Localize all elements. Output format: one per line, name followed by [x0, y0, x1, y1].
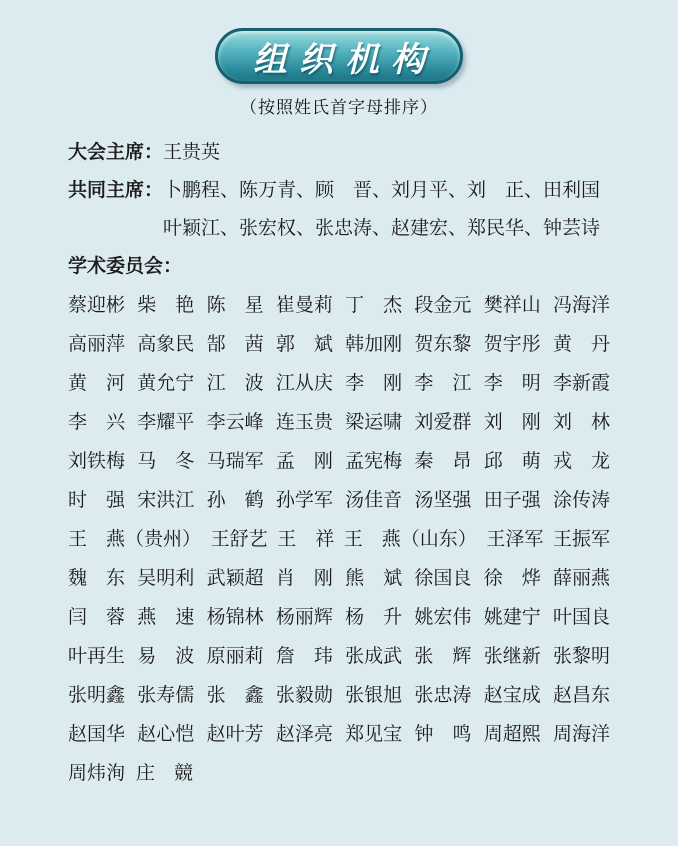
committee-member: 薛丽燕 [553, 568, 610, 590]
committee-member: 孟 刚 [276, 451, 333, 473]
committee-row: 周炜洵庄 競 [68, 763, 610, 785]
committee-member: 庄 競 [136, 763, 193, 785]
committee-member: 张寿儒 [137, 685, 194, 707]
conference-chair-label: 大会主席： [68, 141, 163, 164]
committee-member: 张毅勋 [276, 685, 333, 707]
committee-member: 马 冬 [137, 451, 194, 473]
committee-member: 刘 林 [553, 412, 610, 434]
committee-member: 燕 速 [137, 607, 194, 629]
organization-page: 组织机构 （按照姓氏首字母排序） 大会主席： 王贵英 共同主席： 卜鹏程、陈万青… [0, 0, 678, 846]
committee-row: 高丽萍高象民郜 茜郭 斌韩加刚贺东黎贺宇彤黄 丹 [68, 334, 610, 356]
committee-member: 姚建宁 [484, 607, 541, 629]
committee-member: 杨锦林 [207, 607, 264, 629]
committee-member: 张 鑫 [207, 685, 264, 707]
committee-member: 高象民 [137, 334, 194, 356]
committee-member: 赵心恺 [137, 724, 194, 746]
committee-member: 连玉贵 [276, 412, 333, 434]
committee-member: 周超熙 [484, 724, 541, 746]
committee-row: 王 燕（贵州）王舒艺王 祥王 燕（山东）王泽军王振军 [68, 529, 610, 551]
committee-row: 刘铁梅马 冬马瑞军孟 刚孟宪梅秦 昂邱 萌戎 龙 [68, 451, 610, 473]
committee-member: 黄允宁 [137, 373, 194, 395]
committee-member: 韩加刚 [345, 334, 402, 356]
committee-member: 马瑞军 [207, 451, 264, 473]
conference-chair-line: 大会主席： 王贵英 [68, 141, 610, 164]
committee-member: 叶再生 [68, 646, 125, 668]
committee-member: 王 祥 [277, 529, 334, 551]
committee-member: 汤坚强 [414, 490, 471, 512]
committee-member: 郭 斌 [276, 334, 333, 356]
committee-member: 田子强 [484, 490, 541, 512]
committee-member: 李 明 [484, 373, 541, 395]
committee-member: 冯海洋 [553, 295, 610, 317]
committee-member: 贺东黎 [414, 334, 471, 356]
committee-row: 魏 东吴明利武颖超肖 刚熊 斌徐国良徐 烨薛丽燕 [68, 568, 610, 590]
committee-member: 王振军 [553, 529, 610, 551]
committee-row: 叶再生易 波原丽莉詹 玮张成武张 辉张继新张黎明 [68, 646, 610, 668]
committee-member: 柴 艳 [137, 295, 194, 317]
committee-row: 张明鑫张寿儒张 鑫张毅勋张银旭张忠涛赵宝成赵昌东 [68, 685, 610, 707]
title-banner: 组织机构 [215, 28, 463, 84]
committee-member: 王舒艺 [211, 529, 268, 551]
committee-member: 詹 玮 [276, 646, 333, 668]
committee-member: 梁运啸 [345, 412, 402, 434]
co-chair-line: 共同主席： 卜鹏程、陈万青、顾 晋、刘月平、刘 正、田利国 叶颖江、张宏权、张忠… [68, 179, 610, 240]
committee-row: 闫 蓉燕 速杨锦林杨丽辉杨 升姚宏伟姚建宁叶国良 [68, 607, 610, 629]
committee-member: 原丽莉 [207, 646, 264, 668]
committee-member: 高丽萍 [68, 334, 125, 356]
committee-member: 张忠涛 [414, 685, 471, 707]
conference-chair-names: 王贵英 [163, 141, 220, 164]
committee-member: 易 波 [137, 646, 194, 668]
committee-member: 孟宪梅 [345, 451, 402, 473]
committee-member: 丁 杰 [345, 295, 402, 317]
committee-member: 杨丽辉 [276, 607, 333, 629]
co-chair-names-line1: 卜鹏程、陈万青、顾 晋、刘月平、刘 正、田利国 [163, 179, 600, 202]
committee-member: 江 波 [207, 373, 264, 395]
committee-member: 贺宇彤 [484, 334, 541, 356]
committee-member: 戎 龙 [553, 451, 610, 473]
committee-member: 郜 茜 [207, 334, 264, 356]
committee-label: 学术委员会： [68, 255, 182, 278]
committee-member: 段金元 [414, 295, 471, 317]
committee-member: 王泽军 [486, 529, 543, 551]
committee-member: 吴明利 [137, 568, 194, 590]
committee-member: 杨 升 [345, 607, 402, 629]
committee-row: 时 强宋洪江孙 鹤孙学军汤佳音汤坚强田子强涂传涛 [68, 490, 610, 512]
committee-member: 李 刚 [345, 373, 402, 395]
committee-row: 蔡迎彬柴 艳陈 星崔曼莉丁 杰段金元樊祥山冯海洋 [68, 295, 610, 317]
committee-member: 崔曼莉 [276, 295, 333, 317]
committee-member: 钟 鸣 [414, 724, 471, 746]
committee-member: 张明鑫 [68, 685, 125, 707]
committee-label-line: 学术委员会： [68, 255, 610, 278]
sort-note: （按照姓氏首字母排序） [0, 93, 678, 118]
co-chair-names-line2: 叶颖江、张宏权、张忠涛、赵建宏、郑民华、钟芸诗 [163, 217, 600, 240]
committee-member: 李耀平 [137, 412, 194, 434]
committee-member: 涂传涛 [553, 490, 610, 512]
committee-member: 刘爱群 [414, 412, 471, 434]
committee-member: 李新霞 [553, 373, 610, 395]
committee-member: 叶国良 [553, 607, 610, 629]
content: 大会主席： 王贵英 共同主席： 卜鹏程、陈万青、顾 晋、刘月平、刘 正、田利国 … [0, 141, 678, 785]
committee-member: 徐国良 [414, 568, 471, 590]
committee-member: 秦 昂 [414, 451, 471, 473]
committee-member: 姚宏伟 [414, 607, 471, 629]
committee-member: 张 辉 [414, 646, 471, 668]
committee-member: 王 燕（山东） [344, 529, 477, 551]
committee-member: 王 燕（贵州） [68, 529, 201, 551]
committee-member: 孙学军 [276, 490, 333, 512]
committee-member: 熊 斌 [345, 568, 402, 590]
committee-member: 肖 刚 [276, 568, 333, 590]
committee-member: 张继新 [484, 646, 541, 668]
page-title: 组织机构 [241, 32, 437, 81]
committee-member: 刘铁梅 [68, 451, 125, 473]
committee-member: 黄 河 [68, 373, 125, 395]
committee-member: 陈 星 [207, 295, 264, 317]
committee-member: 周炜洵 [68, 763, 125, 785]
committee-member: 刘 刚 [484, 412, 541, 434]
co-chair-label: 共同主席： [68, 179, 163, 202]
committee-member: 张银旭 [345, 685, 402, 707]
committee-member: 汤佳音 [345, 490, 402, 512]
committee-member: 樊祥山 [484, 295, 541, 317]
committee-member: 赵国华 [68, 724, 125, 746]
committee-row: 黄 河黄允宁江 波江从庆李 刚李 江李 明李新霞 [68, 373, 610, 395]
committee-member: 赵泽亮 [276, 724, 333, 746]
committee-member: 黄 丹 [553, 334, 610, 356]
committee-member: 郑见宝 [345, 724, 402, 746]
committee-member: 时 强 [68, 490, 125, 512]
committee-member: 李 兴 [68, 412, 125, 434]
co-chair-names: 卜鹏程、陈万青、顾 晋、刘月平、刘 正、田利国 叶颖江、张宏权、张忠涛、赵建宏、… [163, 179, 600, 240]
committee-member: 宋洪江 [137, 490, 194, 512]
committee-member: 魏 东 [68, 568, 125, 590]
committee-row: 赵国华赵心恺赵叶芳赵泽亮郑见宝钟 鸣周超熙周海洋 [68, 724, 610, 746]
committee-member: 李 江 [414, 373, 471, 395]
committee-member: 邱 萌 [484, 451, 541, 473]
committee-member: 徐 烨 [484, 568, 541, 590]
committee-member: 武颖超 [207, 568, 264, 590]
committee-member: 闫 蓉 [68, 607, 125, 629]
committee-member: 张黎明 [553, 646, 610, 668]
committee-member: 江从庆 [276, 373, 333, 395]
committee-member: 赵叶芳 [207, 724, 264, 746]
committee-grid: 蔡迎彬柴 艳陈 星崔曼莉丁 杰段金元樊祥山冯海洋高丽萍高象民郜 茜郭 斌韩加刚贺… [68, 295, 610, 785]
committee-member: 李云峰 [207, 412, 264, 434]
committee-member: 赵宝成 [484, 685, 541, 707]
committee-member: 周海洋 [553, 724, 610, 746]
committee-row: 李 兴李耀平李云峰连玉贵梁运啸刘爱群刘 刚刘 林 [68, 412, 610, 434]
committee-member: 张成武 [345, 646, 402, 668]
committee-member: 赵昌东 [553, 685, 610, 707]
committee-member: 孙 鹤 [207, 490, 264, 512]
committee-member: 蔡迎彬 [68, 295, 125, 317]
